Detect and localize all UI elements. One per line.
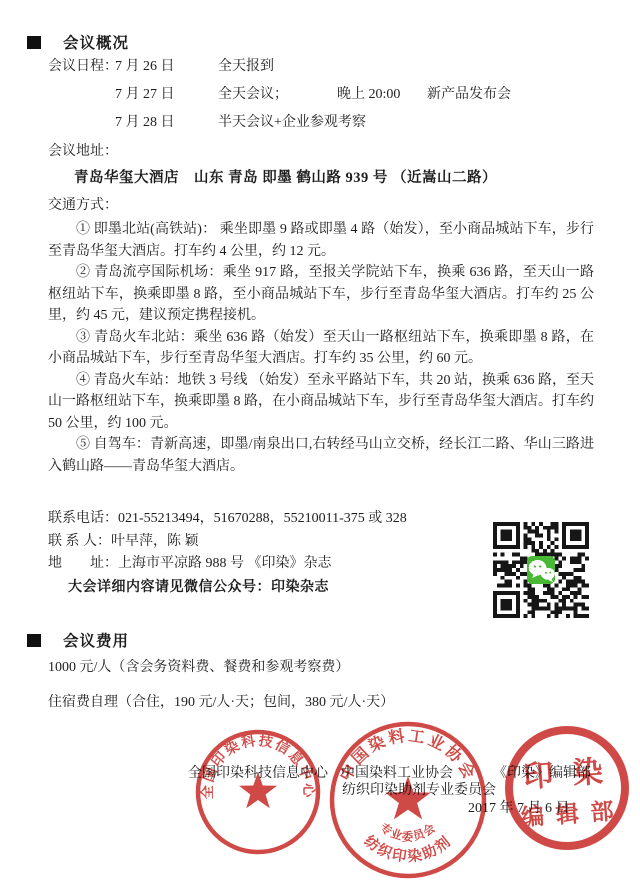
contact-person-row: 联 系 人：叶早萍，陈 颖	[48, 531, 407, 554]
schedule-item: 半天会议+企业参观考察	[218, 109, 366, 137]
wechat-note: 大会详细内容请见微信公众号：印染杂志	[68, 577, 407, 600]
transport-block: ① 即墨北站(高铁站)： 乘坐即墨 9 路或即墨 4 路（始发），至小商品城站下…	[48, 219, 594, 477]
person-value: 叶早萍，陈 颖	[111, 534, 199, 549]
contact-address-row: 地 址：上海市平凉路 988 号 《印染》杂志	[48, 553, 407, 576]
person-label: 联 系 人：	[48, 534, 111, 549]
schedule-item: 全天报到	[218, 53, 337, 81]
svg-text:专业委员会: 专业委员会	[378, 820, 439, 843]
transport-item: ② 青岛流亭国际机场：乘坐 917 路，至报关学院站下车，换乘 636 路，至天…	[48, 262, 594, 327]
transport-label: 交通方式：	[48, 194, 118, 214]
contact-phone-row: 联系电话：021-55213494，51670288，55210011-375 …	[48, 508, 407, 531]
stamp-editorial: 印 染 编 辑 部	[499, 720, 635, 856]
transport-item: ⑤ 自驾车：青新高速，即墨/南泉出口,右转经马山立交桥，经长江二路、华山三路进入…	[48, 434, 594, 477]
star-icon	[239, 772, 277, 808]
section-bullet-icon	[27, 634, 41, 647]
address-label: 会议地址：	[48, 140, 118, 160]
phone-value: 021-55213494，51670288，55210011-375 或 328	[118, 511, 407, 526]
document-page: 会议概况 会议日程：7 月 26 日全天报到 7 月 27 日全天会议；晚上 2…	[0, 0, 640, 884]
phone-label: 联系电话：	[48, 511, 118, 526]
svg-text:编 辑 部: 编 辑 部	[520, 798, 617, 831]
star-icon	[385, 776, 431, 819]
transport-item: ① 即墨北站(高铁站)： 乘坐即墨 9 路或即墨 4 路（始发），至小商品城站下…	[48, 219, 594, 262]
schedule-row: 会议日程：7 月 26 日全天报到	[48, 53, 511, 81]
svg-text:印 染: 印 染	[522, 755, 610, 794]
schedule-label: 会议日程：	[48, 53, 115, 81]
section-overview-heading: 会议概况	[27, 31, 129, 53]
schedule-date: 7 月 28 日	[115, 109, 218, 137]
stamp-info-center: 全国印染科技信息中心	[192, 726, 324, 858]
wechat-qr-code	[493, 522, 589, 618]
schedule-row: 7 月 28 日半天会议+企业参观考察	[48, 109, 511, 137]
fee-line: 1000 元/人（含会务资料费、餐费和参观考察费）	[48, 656, 349, 676]
schedule-item: 新产品发布会	[427, 87, 511, 102]
mail-address-value: 上海市平凉路 988 号 《印染》杂志	[118, 556, 332, 571]
stamp-dye-association: 中国染料工业协会 纺织印染助剂 专业委员会	[326, 718, 490, 882]
schedule-row: 7 月 27 日全天会议；晚上 20:00新产品发布会	[48, 81, 511, 109]
section-fees-heading: 会议费用	[27, 629, 129, 651]
mail-address-label: 地 址：	[48, 556, 118, 571]
hotel-address: 青岛华玺大酒店 山东 青岛 即墨 鹤山路 939 号 （近嵩山二路）	[74, 166, 497, 187]
schedule-block: 会议日程：7 月 26 日全天报到 7 月 27 日全天会议；晚上 20:00新…	[48, 53, 511, 137]
schedule-item: 全天会议；	[218, 81, 337, 109]
schedule-date: 7 月 26 日	[115, 53, 218, 81]
lodging-line: 住宿费自理（合住，190 元/人·天；包间，380 元/人·天）	[48, 691, 394, 711]
section-title-fees: 会议费用	[63, 629, 129, 651]
svg-text:中国染料工业协会: 中国染料工业协会	[337, 727, 481, 784]
transport-item: ③ 青岛火车北站：乘坐 636 路（始发）至天山一路枢纽站下车，换乘即墨 8 路…	[48, 327, 594, 370]
schedule-item: 晚上 20:00	[337, 81, 427, 109]
transport-item: ④ 青岛火车站：地铁 3 号线 （始发）至永平路站下车，共 20 站，换乘 63…	[48, 370, 594, 435]
section-title-overview: 会议概况	[63, 31, 129, 53]
schedule-date: 7 月 27 日	[115, 81, 218, 109]
contact-block: 联系电话：021-55213494，51670288，55210011-375 …	[48, 508, 407, 599]
section-bullet-icon	[27, 36, 41, 49]
